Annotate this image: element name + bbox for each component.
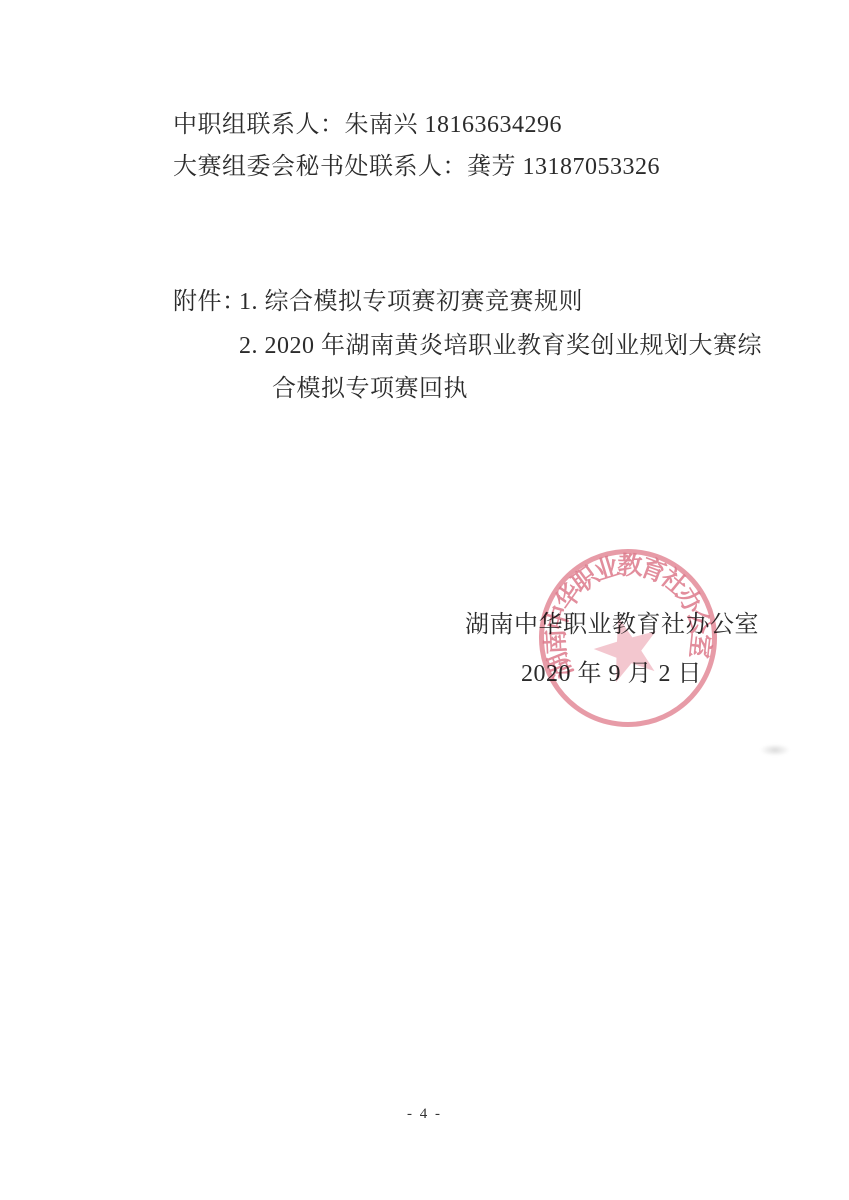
attachment-item-2-line-2: 合模拟专项赛回执 [239, 368, 762, 412]
attachment-label: 附件： [173, 281, 247, 323]
signature-org: 湖南中华职业教育社办公室 [465, 604, 759, 646]
attachment-item-1: 1. 综合模拟专项赛初赛竞赛规则 [239, 281, 762, 325]
attachment-item-2-line-1: 2. 2020 年湖南黄炎培职业教育奖创业规划大赛综 [239, 325, 762, 369]
document-page: 中职组联系人：朱南兴 18163634296 大赛组委会秘书处联系人：龚芳 13… [0, 0, 849, 1200]
scan-smudge [760, 744, 790, 756]
contact-line-secretariat: 大赛组委会秘书处联系人：龚芳 13187053326 [173, 146, 660, 188]
contact-line-zhongzhi: 中职组联系人：朱南兴 18163634296 [173, 104, 660, 146]
attachment-list: 1. 综合模拟专项赛初赛竞赛规则 2. 2020 年湖南黄炎培职业教育奖创业规划… [239, 281, 762, 412]
page-number: - 4 - [0, 1106, 849, 1123]
contact-block: 中职组联系人：朱南兴 18163634296 大赛组委会秘书处联系人：龚芳 13… [173, 104, 660, 188]
signature-date: 2020 年 9 月 2 日 [521, 653, 702, 695]
